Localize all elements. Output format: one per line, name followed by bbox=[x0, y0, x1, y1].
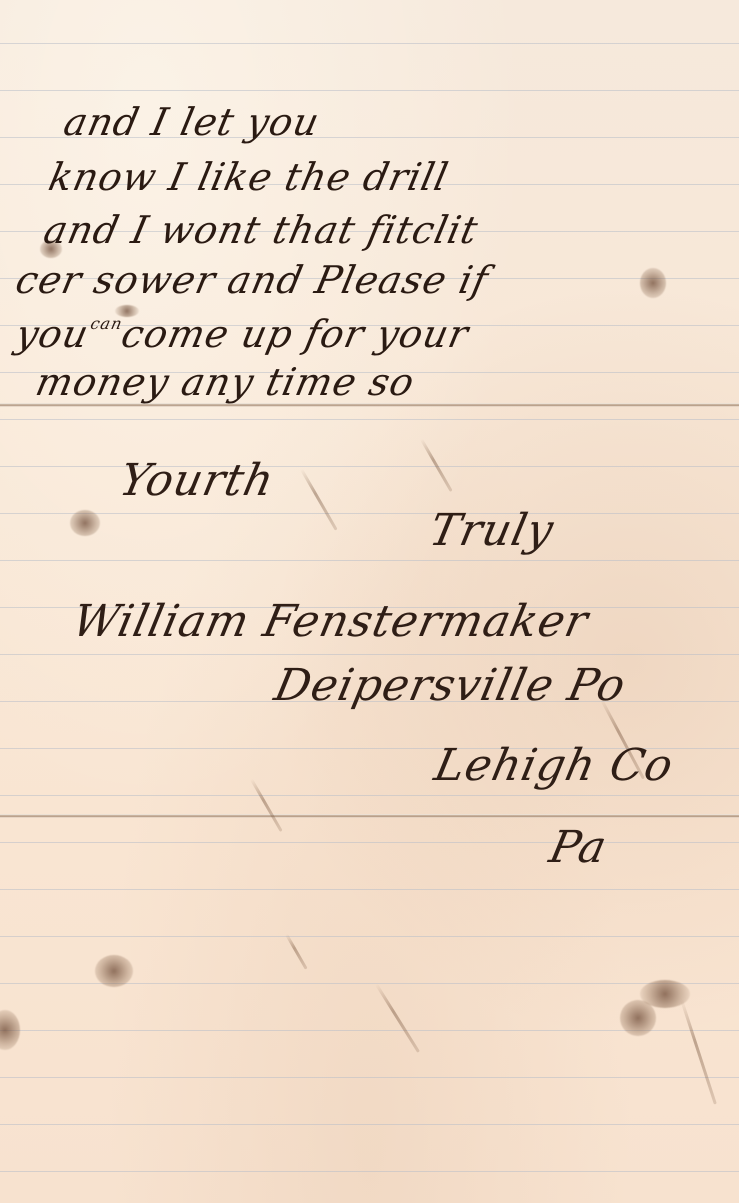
signature-state: Pa bbox=[545, 822, 612, 873]
ink-blot bbox=[70, 510, 100, 536]
letter-line-5-rest: come up for your bbox=[118, 312, 473, 356]
letter-line-3: and I wont that fitclit bbox=[40, 208, 482, 252]
letter-page: and I let you know I like the drill and … bbox=[0, 0, 739, 1203]
letter-line-5-start: you bbox=[12, 312, 93, 356]
signature-name: William Fenstermaker bbox=[68, 596, 593, 647]
signature-county: Lehigh Co bbox=[430, 740, 678, 791]
letter-line-4: cer sower and Please if bbox=[12, 258, 493, 302]
ink-blot bbox=[95, 955, 133, 987]
letter-line-2: know I like the drill bbox=[45, 155, 453, 199]
inline-insert: can bbox=[89, 314, 125, 333]
signature-place: Deipersville Po bbox=[270, 660, 630, 711]
letter-line-6: money any time so bbox=[32, 360, 419, 404]
letter-line-5: youcancome up for your bbox=[12, 312, 473, 356]
closing-line-1: Yourth bbox=[115, 455, 279, 506]
fold-crease-lower bbox=[0, 814, 739, 818]
letter-line-1: and I let you bbox=[60, 100, 324, 144]
closing-line-2: Truly bbox=[425, 505, 558, 556]
ink-blot bbox=[640, 268, 666, 298]
